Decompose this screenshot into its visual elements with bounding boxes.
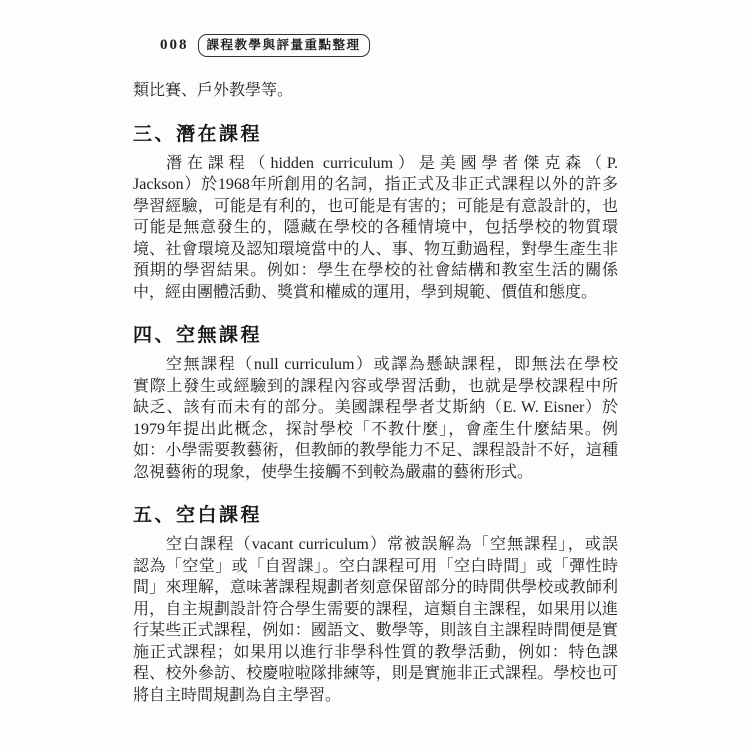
text-line: 境、社會環境及認知環境當中的人、事、物互動過程，對學生產生非: [133, 239, 618, 261]
text-line: 可能是無意發生的，隱藏在學校的各種情境中，包括學校的物質環: [133, 217, 618, 239]
book-title-badge: 課程教學與評量重點整理: [198, 34, 370, 57]
text-line: 間」來理解，意味著課程規劃者刻意保留部分的時間供學校或教師利: [133, 577, 618, 599]
book-title: 課程教學與評量重點整理: [207, 38, 361, 52]
text-line: 潛在課程（hidden curriculum）是美國學者傑克森（P.: [133, 153, 618, 175]
text-line: 中，經由團體活動、獎賞和權威的運用，學到規範、價值和態度。: [133, 282, 618, 304]
continuation-paragraph: 類比賽、戶外教學等。: [133, 80, 618, 102]
text-line: 施正式課程；如果用以進行非學科性質的教學活動，例如：特色課: [133, 642, 618, 664]
text-line: 學習經驗，可能是有利的，也可能是有害的；可能是有意設計的，也: [133, 196, 618, 218]
text-line: 如：小學需要教藝術，但教師的教學能力不足、課程設計不好，這種: [133, 440, 618, 462]
text-line: 預期的學習結果。例如：學生在學校的社會結構和教室生活的關係: [133, 260, 618, 282]
paragraph-vacant-curriculum-body: 空白課程（vacant curriculum）常被誤解為「空無課程」，或誤認為「…: [133, 534, 618, 706]
section-heading-vacant-curriculum: 五、空白課程: [133, 503, 618, 529]
text-line: 認為「空堂」或「自習課」。空白課程可用「空白時間」或「彈性時: [133, 556, 618, 578]
text-line: 將自主時間規劃為自主學習。: [133, 685, 618, 707]
text-line: 實際上發生或經驗到的課程內容或學習活動，也就是學校課程中所: [133, 376, 618, 398]
text-line: 1979年提出此概念，探討學校「不教什麼」，會產生什麼結果。例: [133, 419, 618, 441]
text-line: 空無課程（null curriculum）或譯為懸缺課程，即無法在學校: [133, 354, 618, 376]
text-line: 行某些正式課程，例如：國語文、數學等，則該自主課程時間便是實: [133, 620, 618, 642]
page-header: 008 課程教學與評量重點整理: [160, 34, 370, 57]
text-line: 程、校外參訪、校慶啦啦隊排練等，則是實施非正式課程。學校也可: [133, 663, 618, 685]
text-line: 缺乏、該有而未有的部分。美國課程學者艾斯納（E. W. Eisner）於: [133, 397, 618, 419]
section-heading-hidden-curriculum: 三、潛在課程: [133, 122, 618, 148]
text-line: 忽視藝術的現象，使學生接觸不到較為嚴肅的藝術形式。: [133, 462, 618, 484]
paragraph-null-curriculum-body: 空無課程（null curriculum）或譯為懸缺課程，即無法在學校實際上發生…: [133, 354, 618, 483]
page-body: 類比賽、戶外教學等。三、潛在課程潛在課程（hidden curriculum）是…: [133, 80, 618, 706]
text-line: 用，自主規劃設計符合學生需要的課程，這類自主課程，如果用以進: [133, 599, 618, 621]
text-line: 類比賽、戶外教學等。: [133, 80, 618, 102]
section-heading-null-curriculum: 四、空無課程: [133, 323, 618, 349]
page-number: 008: [160, 37, 189, 54]
text-line: Jackson）於1968年所創用的名詞，指正式及非正式課程以外的許多: [133, 174, 618, 196]
book-page: 008 課程教學與評量重點整理 類比賽、戶外教學等。三、潛在課程潛在課程（hid…: [0, 0, 750, 750]
paragraph-hidden-curriculum-body: 潛在課程（hidden curriculum）是美國學者傑克森（P.Jackso…: [133, 153, 618, 304]
text-line: 空白課程（vacant curriculum）常被誤解為「空無課程」，或誤: [133, 534, 618, 556]
